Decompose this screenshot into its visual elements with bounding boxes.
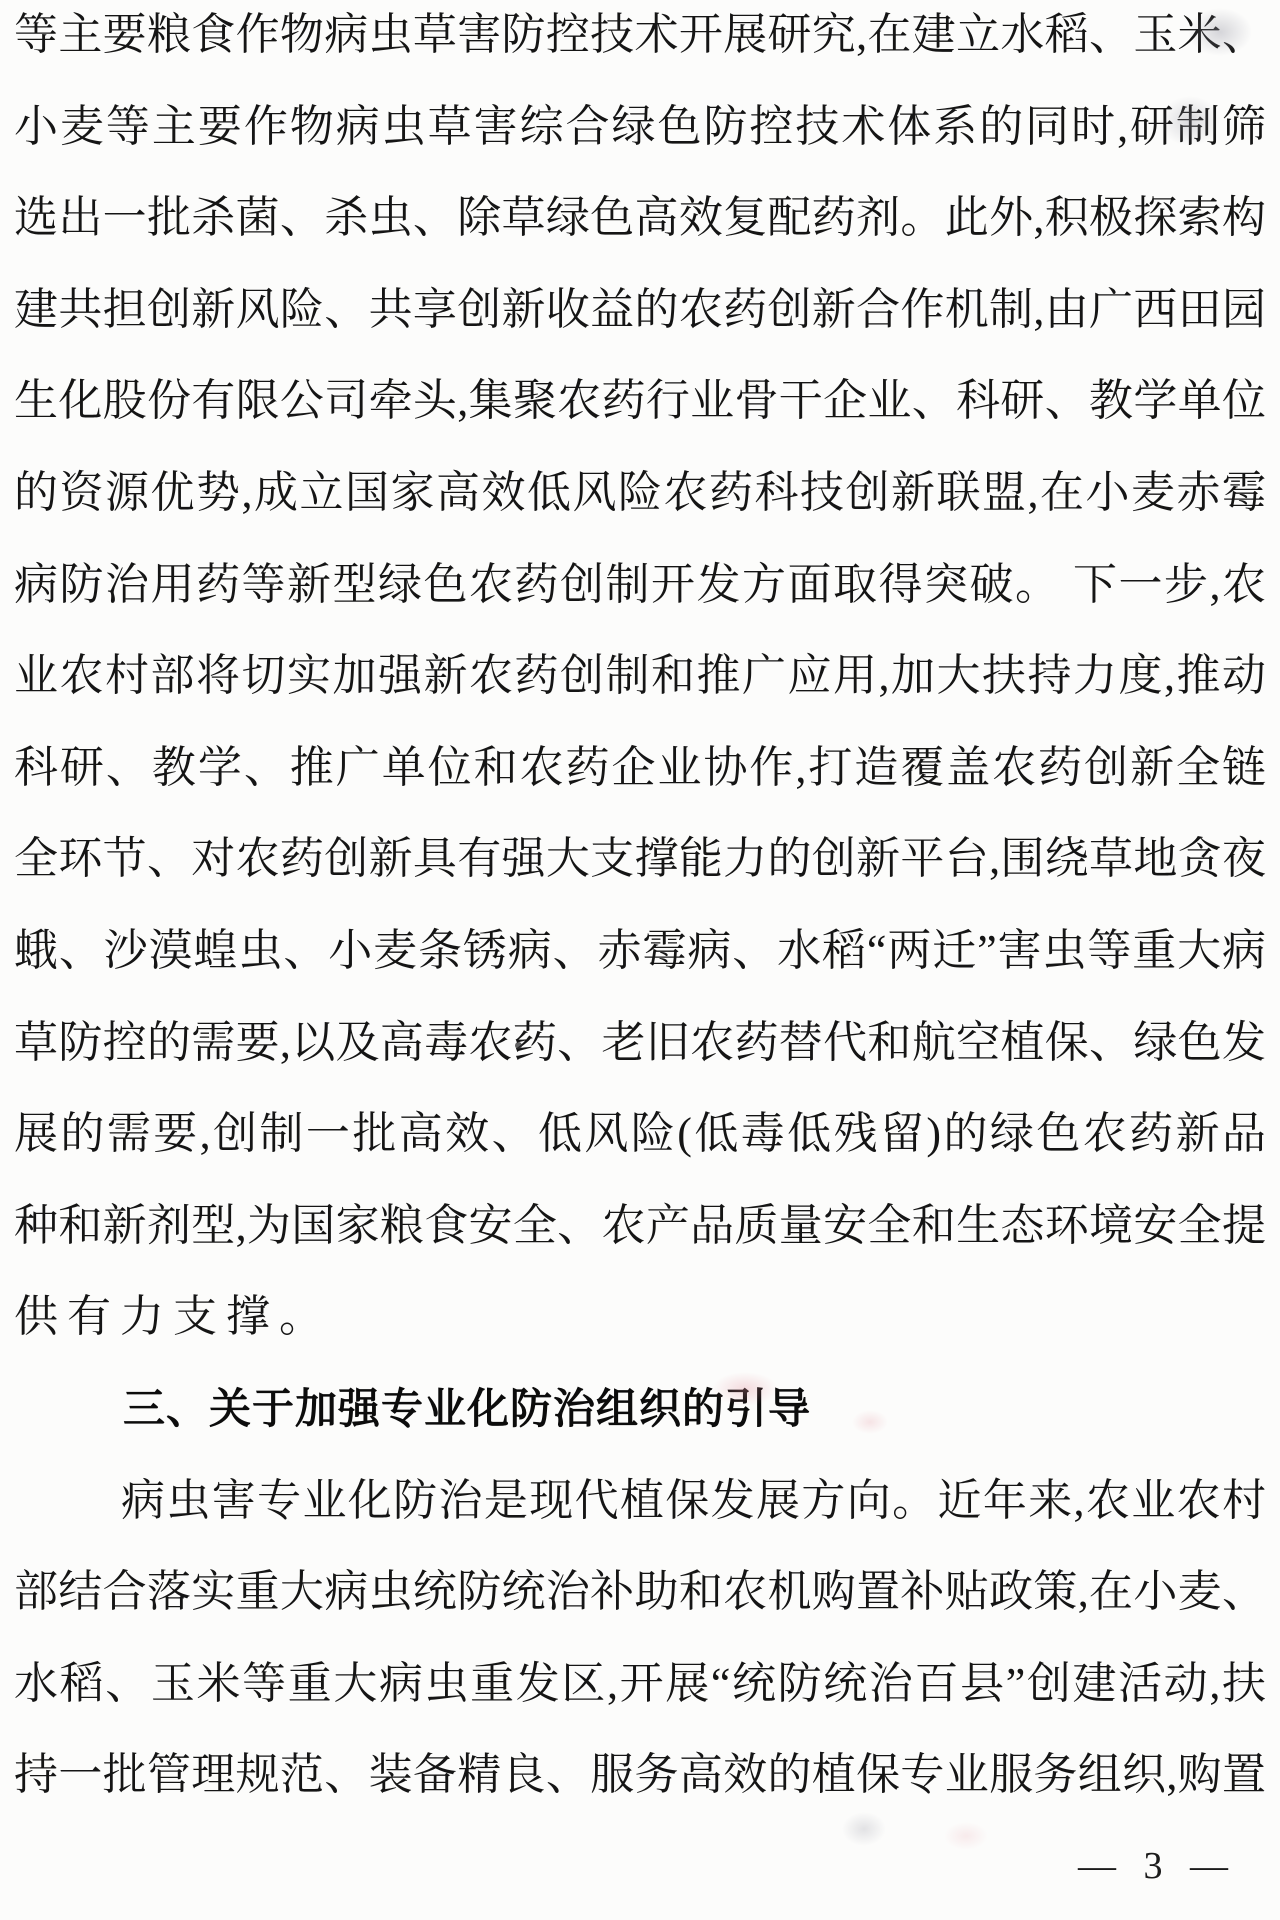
text-line: 展的需要,创制一批高效、低风险(低毒低残留)的绿色农药新品 [14, 1088, 1266, 1180]
text-line: 选出一批杀菌、杀虫、除草绿色高效复配药剂。此外,积极探索构 [14, 172, 1266, 264]
scan-smudge [944, 1822, 988, 1850]
text-line: 等主要粮食作物病虫草害防控技术开展研究,在建立水稻、玉米、 [14, 0, 1266, 81]
section-heading: 三、关于加强专业化防治组织的引导 [14, 1363, 1266, 1455]
document-page: 等主要粮食作物病虫草害防控技术开展研究,在建立水稻、玉米、 小麦等主要作物病虫草… [0, 0, 1280, 1920]
text-line: 持一批管理规范、装备精良、服务高效的植保专业服务组织,购置 [14, 1729, 1266, 1821]
text-line: 病防治用药等新型绿色农药创制开发方面取得突破。 下一步,农 [14, 539, 1266, 631]
text-line: 种和新剂型,为国家粮食安全、农产品质量安全和生态环境安全提 [14, 1180, 1266, 1272]
text-line: 病虫害专业化防治是现代植保发展方向。近年来,农业农村 [14, 1455, 1266, 1547]
text-line: 科研、教学、推广单位和农药企业协作,打造覆盖农药创新全链条、 [14, 722, 1266, 814]
text-line: 供有力支撑。 [14, 1271, 1266, 1363]
text-block: 等主要粮食作物病虫草害防控技术开展研究,在建立水稻、玉米、 小麦等主要作物病虫草… [14, 0, 1266, 1821]
text-line: 水稻、玉米等重大病虫重发区,开展“统防统治百县”创建活动,扶 [14, 1638, 1266, 1730]
text-line: 部结合落实重大病虫统防统治补助和农机购置补贴政策,在小麦、 [14, 1546, 1266, 1638]
text-line: 的资源优势,成立国家高效低风险农药科技创新联盟,在小麦赤霉 [14, 447, 1266, 539]
text-line: 业农村部将切实加强新农药创制和推广应用,加大扶持力度,推动 [14, 630, 1266, 722]
text-line: 建共担创新风险、共享创新收益的农药创新合作机制,由广西田园 [14, 264, 1266, 356]
text-line: 全环节、对农药创新具有强大支撑能力的创新平台,围绕草地贪夜 [14, 813, 1266, 905]
text-line: 蛾、沙漠蝗虫、小麦条锈病、赤霉病、水稻“两迁”害虫等重大病虫 [14, 905, 1266, 997]
text-line: 生化股份有限公司牵头,集聚农药行业骨干企业、科研、教学单位 [14, 355, 1266, 447]
text-line: 小麦等主要作物病虫草害综合绿色防控技术体系的同时,研制筛 [14, 81, 1266, 173]
page-number: — 3 — [1078, 1838, 1237, 1894]
text-line: 草防控的需要,以及高毒农药、老旧农药替代和航空植保、绿色发 [14, 997, 1266, 1089]
